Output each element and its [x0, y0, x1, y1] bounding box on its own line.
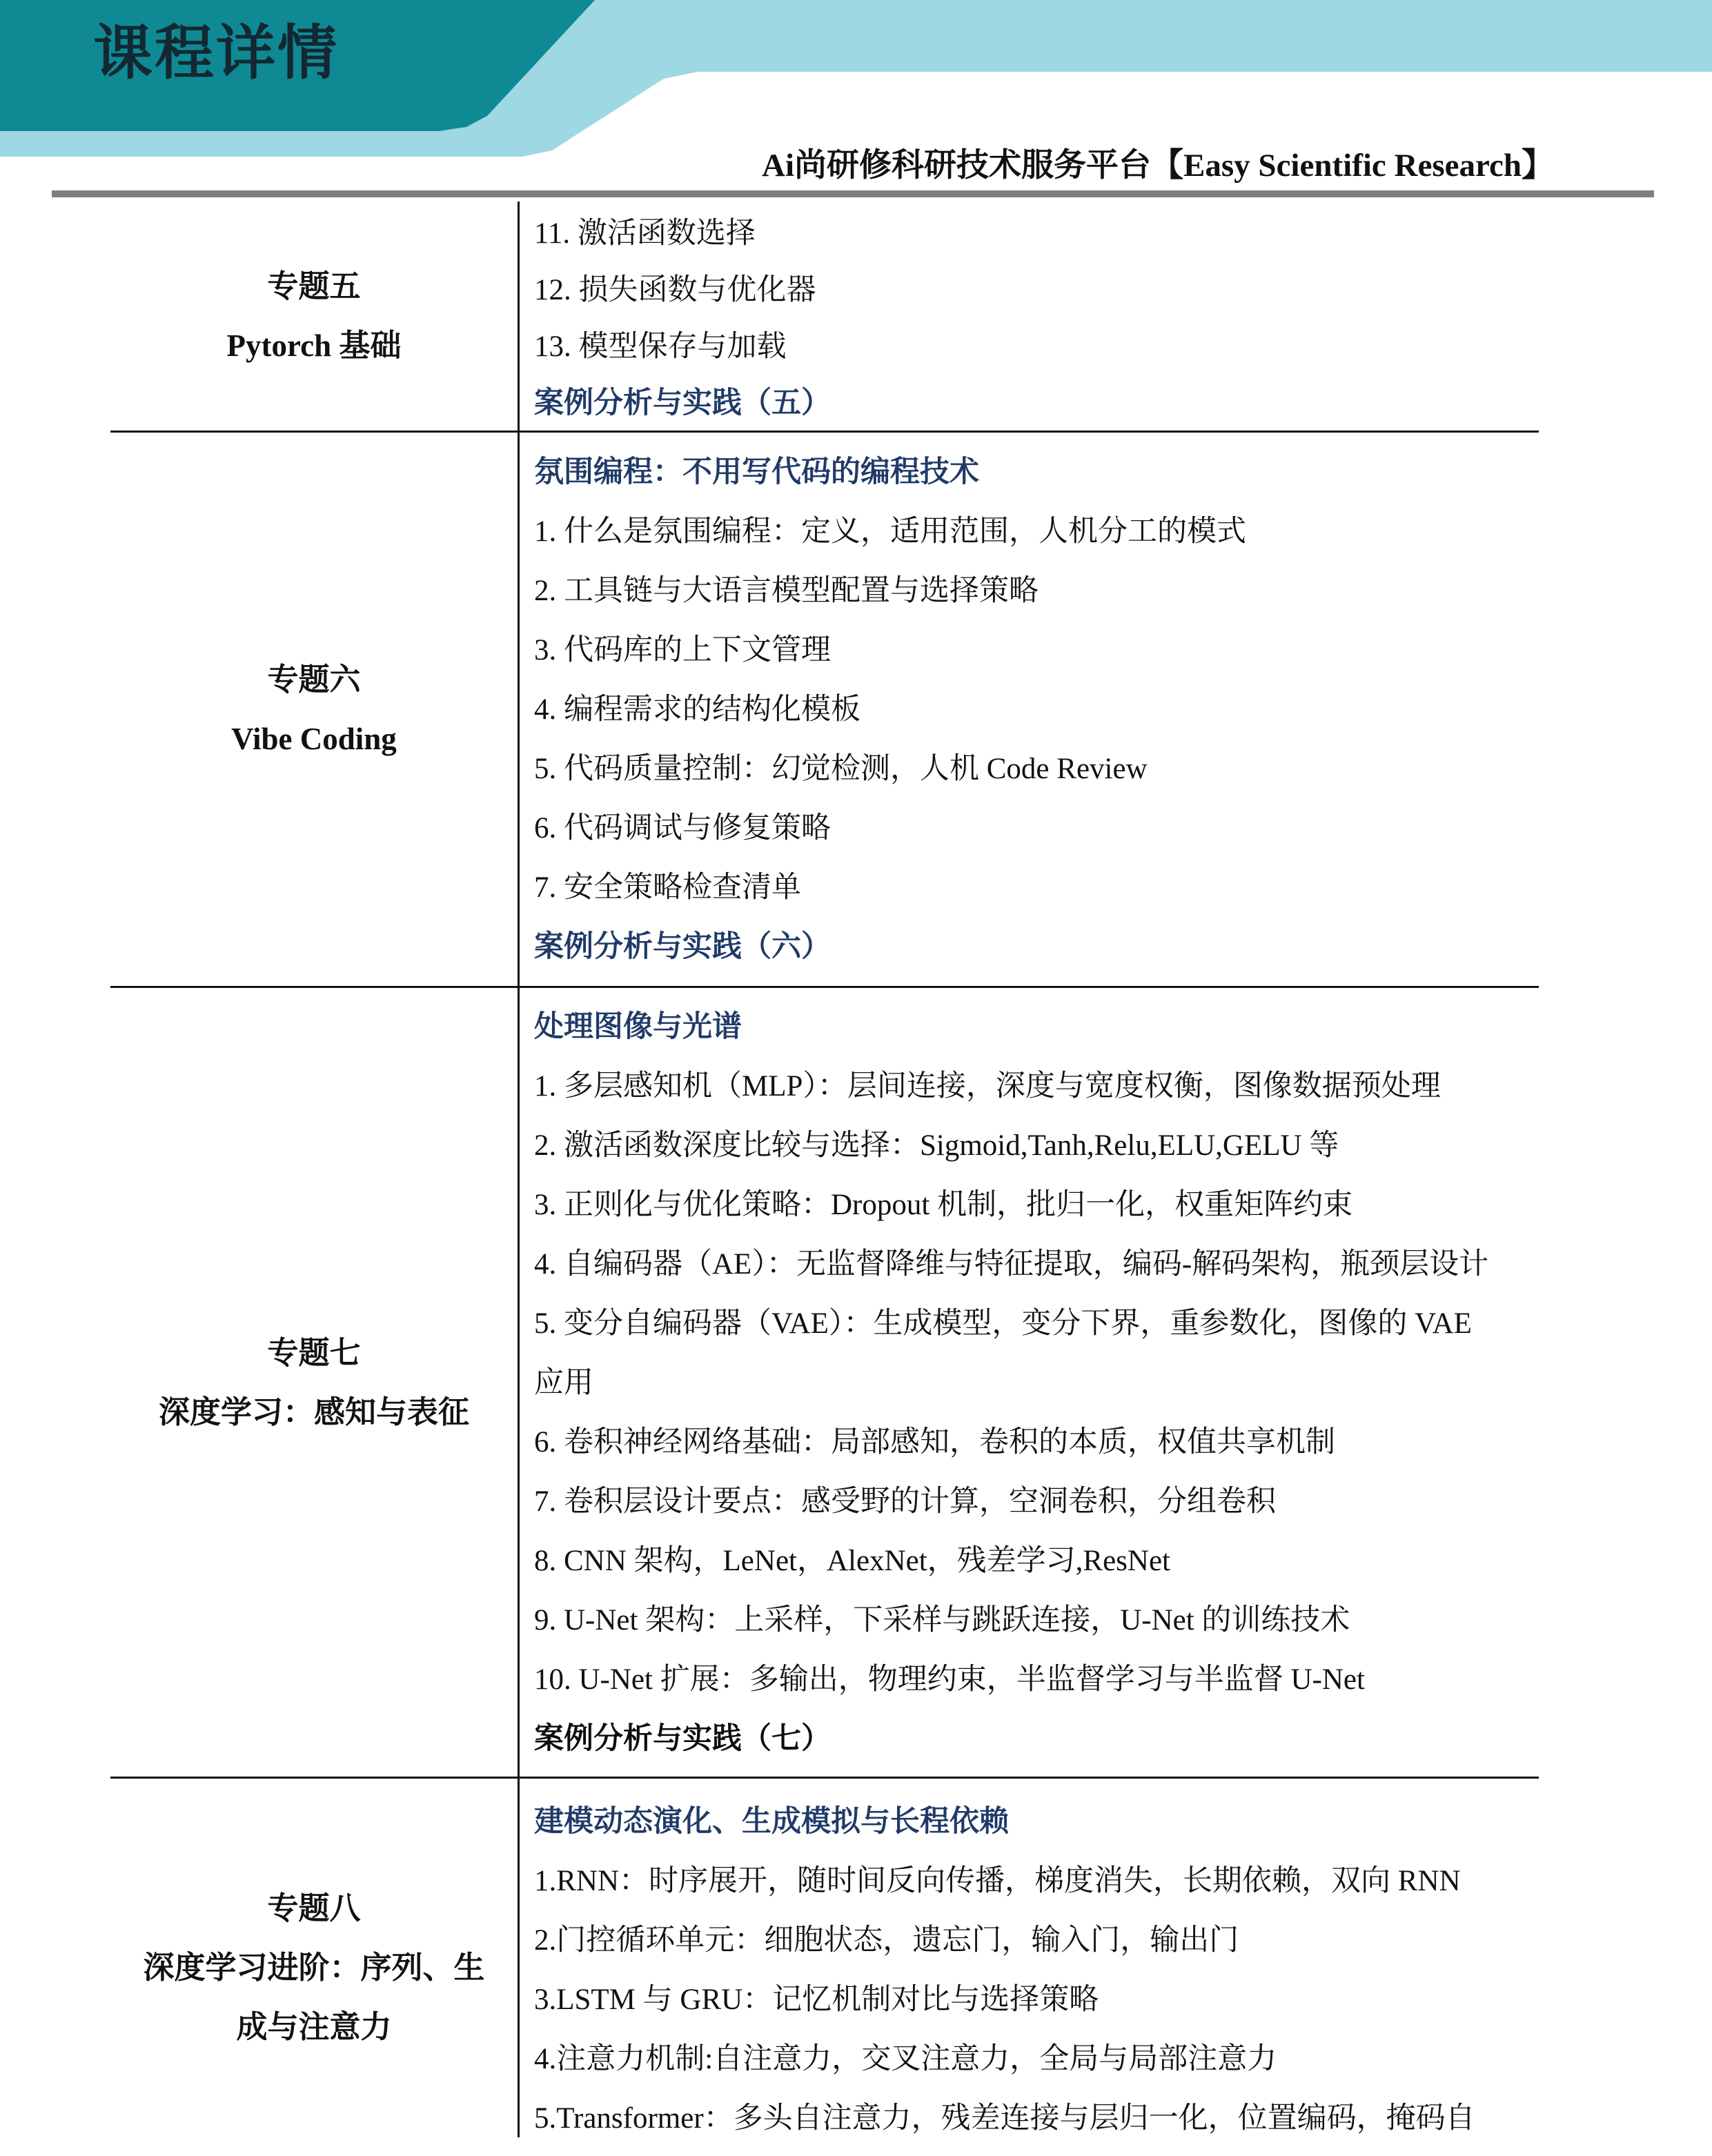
content-item: 12. 损失函数与优化器 — [534, 262, 1519, 319]
content-heading: 建模动态演化、生成模拟与长程依赖 — [534, 1792, 1519, 1852]
content-item: 1.RNN：时序展开，随时间反向传播，梯度消失，长期依赖，双向 RNN — [534, 1852, 1519, 1911]
column-divider — [518, 201, 520, 2137]
content-item: 1. 多层感知机（MLP）：层间连接，深度与宽度权衡，图像数据预处理 — [534, 1057, 1519, 1116]
content-item: 6. 卷积神经网络基础：局部感知，卷积的本质，权值共享机制 — [534, 1413, 1519, 1472]
content-item: 2. 激活函数深度比较与选择：Sigmoid,Tanh,Relu,ELU,GEL… — [534, 1116, 1519, 1176]
table-row: 专题八深度学习进阶：序列、生成与注意力建模动态演化、生成模拟与长程依赖1.RNN… — [110, 1779, 1539, 2156]
content-item: 3. 代码库的上下文管理 — [534, 621, 1519, 680]
content-item: 1. 什么是氛围编程：定义，适用范围，人机分工的模式 — [534, 502, 1519, 562]
table-row: 专题六Vibe Coding氛围编程：不用写代码的编程技术1. 什么是氛围编程：… — [110, 433, 1539, 988]
content-item: 10. U-Net 扩展：多输出，物理约束，半监督学习与半监督 U-Net — [534, 1650, 1519, 1710]
topic-line: Vibe Coding — [231, 709, 397, 769]
content-heading: 案例分析与实践（七） — [534, 1710, 1519, 1769]
content-item: 2.门控循环单元：细胞状态，遗忘门，输入门，输出门 — [534, 1911, 1519, 1970]
content-heading: 案例分析与实践（五） — [534, 375, 1519, 432]
topic-line: 深度学习进阶：序列、生 — [143, 1938, 484, 1997]
content-cell: 建模动态演化、生成模拟与长程依赖1.RNN：时序展开，随时间反向传播，梯度消失，… — [518, 1779, 1539, 2156]
content-item: 5. 变分自编码器（VAE）：生成模型，变分下界，重参数化，图像的 VAE 应用 — [534, 1294, 1519, 1413]
content-item: 4. 编程需求的结构化模板 — [534, 680, 1519, 740]
content-item: 4. 自编码器（AE）：无监督降维与特征提取，编码-解码架构，瓶颈层设计 — [534, 1235, 1519, 1294]
topic-line: 深度学习：感知与表征 — [159, 1383, 469, 1442]
header-rule — [52, 190, 1654, 197]
table-row: 专题五Pytorch 基础11. 激活函数选择12. 损失函数与优化器13. 模… — [110, 201, 1539, 433]
content-item: 7. 卷积层设计要点：感受野的计算，空洞卷积，分组卷积 — [534, 1472, 1519, 1532]
content-item: 7. 安全策略检查清单 — [534, 858, 1519, 918]
table-row: 专题七深度学习：感知与表征处理图像与光谱1. 多层感知机（MLP）：层间连接，深… — [110, 988, 1539, 1779]
content-item: 4.注意力机制:自注意力，交叉注意力，全局与局部注意力 — [534, 2030, 1519, 2089]
topic-line: 专题八 — [267, 1879, 360, 1938]
course-table: 专题五Pytorch 基础11. 激活函数选择12. 损失函数与优化器13. 模… — [110, 201, 1539, 2156]
content-heading: 案例分析与实践（六） — [534, 918, 1519, 977]
content-cell: 处理图像与光谱1. 多层感知机（MLP）：层间连接，深度与宽度权衡，图像数据预处… — [518, 988, 1539, 1777]
topic-cell: 专题八深度学习进阶：序列、生成与注意力 — [110, 1779, 518, 2156]
content-item: 13. 模型保存与加载 — [534, 319, 1519, 375]
content-item: 5.Transformer：多头自注意力，残差连接与层归一化，位置编码，掩码自 — [534, 2089, 1519, 2148]
topic-line: 专题六 — [267, 650, 360, 709]
topic-cell: 专题五Pytorch 基础 — [110, 201, 518, 431]
page-title: 课程详情 — [93, 21, 339, 86]
content-item: 8. CNN 架构，LeNet，AlexNet，残差学习,ResNet — [534, 1532, 1519, 1591]
content-item: 11. 激活函数选择 — [534, 206, 1519, 262]
course-detail-page: 课程详情 Ai尚研修科研技术服务平台【Easy Scientific Resea… — [0, 0, 1712, 2156]
content-item: 3.LSTM 与 GRU：记忆机制对比与选择策略 — [534, 1970, 1519, 2030]
topic-line: 专题五 — [267, 257, 360, 316]
content-item: 3. 正则化与优化策略：Dropout 机制，批归一化，权重矩阵约束 — [534, 1176, 1519, 1235]
topic-cell: 专题七深度学习：感知与表征 — [110, 988, 518, 1777]
content-heading: 氛围编程：不用写代码的编程技术 — [534, 443, 1519, 502]
content-item: 9. U-Net 架构：上采样，下采样与跳跃连接，U-Net 的训练技术 — [534, 1591, 1519, 1650]
content-item: 5. 代码质量控制：幻觉检测，人机 Code Review — [534, 740, 1519, 799]
content-item: 2. 工具链与大语言模型配置与选择策略 — [534, 562, 1519, 621]
topic-line: Pytorch 基础 — [227, 316, 402, 375]
content-heading: 处理图像与光谱 — [534, 998, 1519, 1057]
topic-cell: 专题六Vibe Coding — [110, 433, 518, 986]
platform-title: Ai尚研修科研技术服务平台【Easy Scientific Research】 — [762, 139, 1554, 186]
content-cell: 11. 激活函数选择12. 损失函数与优化器13. 模型保存与加载案例分析与实践… — [518, 201, 1539, 431]
content-item: 6. 代码调试与修复策略 — [534, 799, 1519, 858]
topic-line: 成与注意力 — [236, 1997, 391, 2057]
topic-line: 专题七 — [267, 1323, 360, 1383]
content-cell: 氛围编程：不用写代码的编程技术1. 什么是氛围编程：定义，适用范围，人机分工的模… — [518, 433, 1539, 986]
